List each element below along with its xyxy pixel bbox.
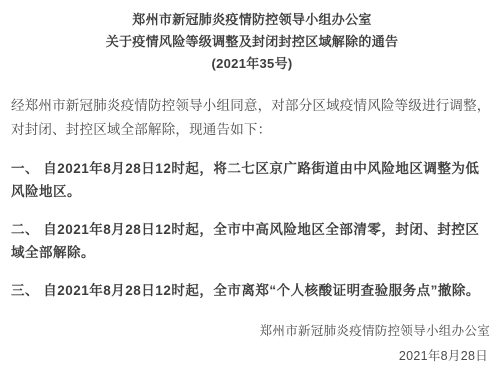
notice-date: 2021年8月28日 [11, 344, 490, 369]
notice-title: 郑州市新冠肺炎疫情防控领导小组办公室 关于疫情风险等级调整及封闭封控区域解除的通… [11, 9, 493, 75]
notice-document: 郑州市新冠肺炎疫情防控领导小组办公室 关于疫情风险等级调整及封闭封控区域解除的通… [0, 0, 500, 379]
notice-item-3: 三、 自2021年8月28日12时起，全市离郑“个人核酸证明查验服务点”撤除。 [11, 279, 493, 302]
notice-signature-block: 郑州市新冠肺炎疫情防控领导小组办公室 2021年8月28日 [11, 319, 493, 369]
notice-intro-paragraph: 经郑州市新冠肺炎疫情防控领导小组同意，对部分区域疫情风险等级进行调整，对封闭、封… [11, 94, 493, 142]
notice-title-number: (2021年35号) [11, 53, 493, 75]
notice-item-2: 二、 自2021年8月28日12时起，全市中高风险地区全部清零，封闭、封控区域全… [11, 218, 493, 264]
notice-item-1: 一、 自2021年8月28日12时起，将二七区京广路街道由中风险地区调整为低风险… [11, 157, 493, 203]
notice-title-org: 郑州市新冠肺炎疫情防控领导小组办公室 [11, 9, 493, 31]
notice-title-subject: 关于疫情风险等级调整及封闭封控区域解除的通告 [11, 31, 493, 53]
notice-signature: 郑州市新冠肺炎疫情防控领导小组办公室 [11, 319, 490, 344]
